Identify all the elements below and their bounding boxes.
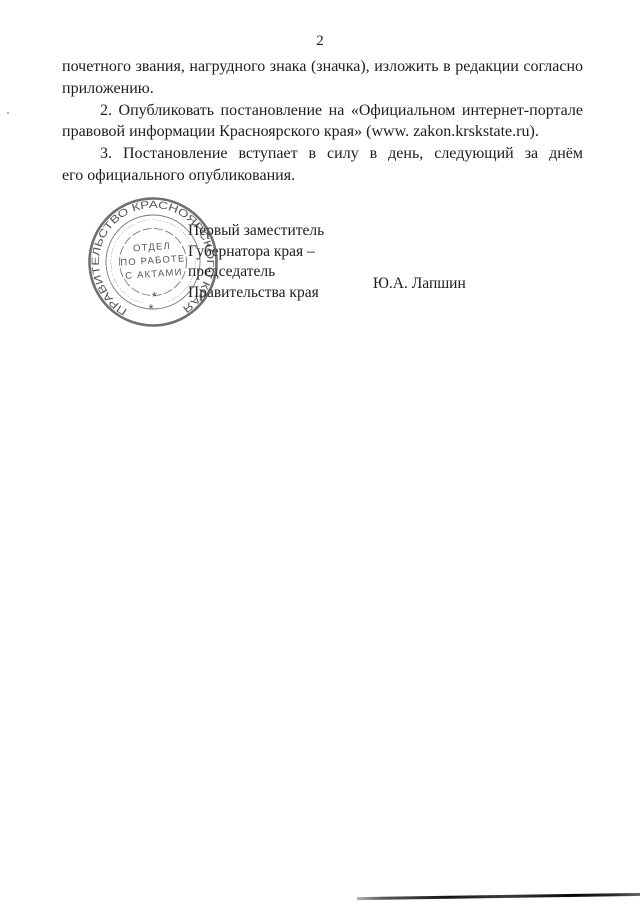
document-body: почетного звания, нагрудного знака (знач…	[62, 56, 583, 187]
body-line: почетного звания, нагрудного знака (знач…	[62, 56, 583, 78]
scan-edge-artifact	[357, 893, 640, 900]
stamp-center-line: ОТДЕЛ	[133, 241, 172, 255]
stamp-center-line: С АКТАМИ	[125, 267, 183, 282]
page-number: 2	[0, 33, 640, 50]
scan-speck-artifact	[7, 112, 9, 114]
body-line: приложению.	[62, 78, 583, 100]
body-line: правовой информации Красноярского края» …	[62, 121, 583, 143]
official-round-stamp: ПРАВИТЕЛЬСТВО КРАСНОЯРСКОГО КРАЯ ·–··–··…	[85, 194, 221, 330]
signatory-name: Ю.А. Лапшин	[373, 275, 466, 293]
body-line: 3. Постановление вступает в силу в день,…	[62, 143, 583, 165]
body-line: его официального опубликования.	[62, 165, 583, 187]
stamp-star: *	[148, 301, 154, 316]
body-line: 2. Опубликовать постановление на «Официа…	[62, 100, 583, 122]
scanned-document-page: { "page": { "number": "2" }, "body": { "…	[0, 0, 640, 905]
